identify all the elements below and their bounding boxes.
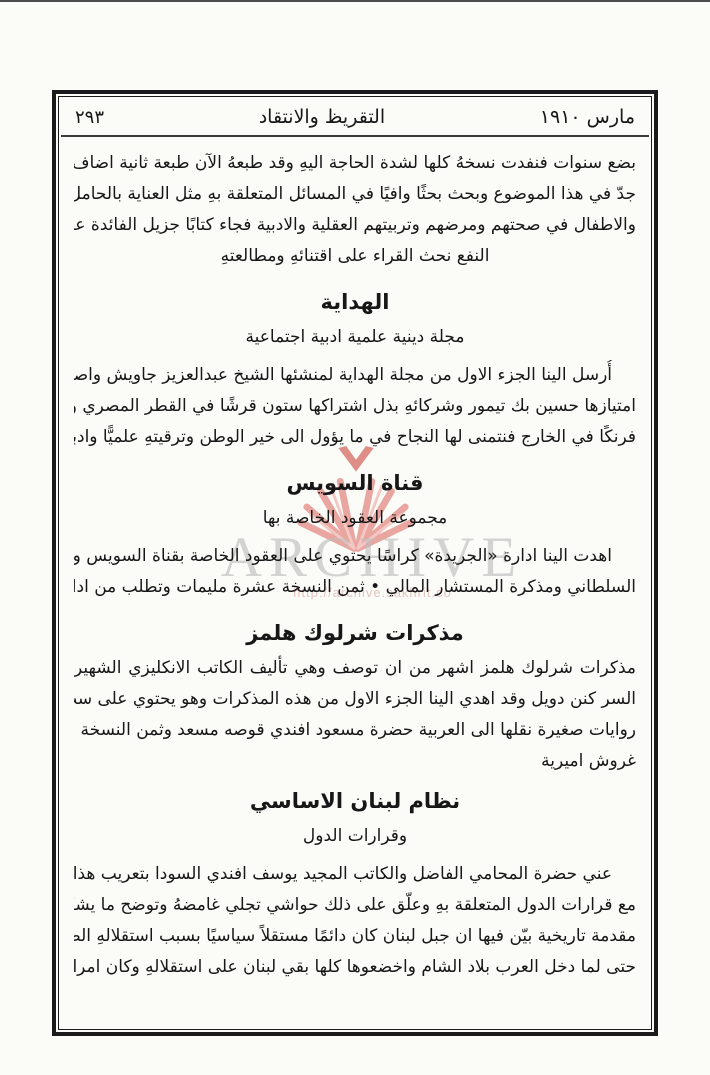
section-heading-sherlock-holmes: مذكرات شرلوك هلمز	[74, 618, 636, 649]
header-section-title: التقريظ والانتقاد	[259, 106, 385, 128]
paragraph-book-review: بضع سنوات فنفدت نسخهُ كلها لشدة الحاجة ا…	[74, 148, 636, 272]
text-line: النفع نحث القراء على اقتنائهِ ومطالعتهِ	[74, 241, 636, 272]
text-line: بضع سنوات فنفدت نسخهُ كلها لشدة الحاجة ا…	[74, 148, 636, 179]
paragraph-sherlock-holmes: مذكرات شرلوك هلمز اشهر من ان توصف وهي تأ…	[74, 653, 636, 777]
text-line: جدّ في هذا الموضوع وبحث بحثًا وافيًا في …	[74, 179, 636, 210]
page-header: مارس ١٩١٠ التقريظ والانتقاد ٢٩٣	[59, 97, 651, 130]
text-line: غروش اميرية	[74, 746, 636, 777]
page-frame: مارس ١٩١٠ التقريظ والانتقاد ٢٩٣ بضع سنوا…	[52, 90, 658, 1036]
text-line: روايات صغيرة نقلها الى العربية حضرة مسعو…	[74, 715, 636, 746]
section-heading-lebanon-statute: نظام لبنان الاساسي	[74, 786, 636, 817]
section-heading-suez-canal: قناة السويس	[74, 468, 636, 499]
text-line: والاطفال في صحتهم ومرضهم وتربيتهم العقلي…	[74, 210, 636, 241]
text-line: أُرسل الينا الجزء الاول من مجلة الهداية …	[74, 360, 636, 391]
section-subheading-lebanon-statute: وقرارات الدول	[74, 821, 636, 852]
scan-edge-artifact	[0, 0, 710, 2]
text-line: فرنكًا في الخارج فنتمنى لها النجاح في ما…	[74, 422, 636, 453]
header-issue-date: مارس ١٩١٠	[540, 106, 635, 128]
text-line: السلطاني ومذكرة المستشار المالي • ثمن ال…	[74, 572, 636, 603]
page-frame-inner: مارس ١٩١٠ التقريظ والانتقاد ٢٩٣ بضع سنوا…	[58, 96, 652, 1030]
text-line: اهدت الينا ادارة «الجريدة» كراسًا يحتوي …	[74, 541, 636, 572]
text-line: امتيازها حسين بك تيمور وشركائهِ بذل اشتر…	[74, 391, 636, 422]
text-line: مع قرارات الدول المتعلقة بهِ وعلّق على ذ…	[74, 890, 636, 921]
text-line: مذكرات شرلوك هلمز اشهر من ان توصف وهي تأ…	[74, 653, 636, 684]
paragraph-suez-canal: اهدت الينا ادارة «الجريدة» كراسًا يحتوي …	[74, 541, 636, 603]
section-subheading-hidaya: مجلة دينية علمية ادبية اجتماعية	[74, 322, 636, 353]
paragraph-hidaya: أُرسل الينا الجزء الاول من مجلة الهداية …	[74, 360, 636, 453]
section-subheading-suez-canal: مجموعة العقود الخاصة بها	[74, 503, 636, 534]
paragraph-lebanon-statute: عني حضرة المحامي الفاضل والكاتب المجيد ي…	[74, 859, 636, 983]
header-page-number: ٢٩٣	[75, 107, 104, 128]
text-line: مقدمة تاريخية بيّن فيها ان جبل لبنان كان…	[74, 921, 636, 952]
scanned-page: { "header": { "date": "مارس ١٩١٠", "titl…	[0, 0, 710, 1075]
page-body: بضع سنوات فنفدت نسخهُ كلها لشدة الحاجة ا…	[59, 137, 651, 983]
text-line: السر كنن دويل وقد اهدي الينا الجزء الاول…	[74, 684, 636, 715]
section-heading-hidaya: الهداية	[74, 287, 636, 318]
text-line: حتى لما دخل العرب بلاد الشام واخضعوها كل…	[74, 952, 636, 983]
text-line: عني حضرة المحامي الفاضل والكاتب المجيد ي…	[74, 859, 636, 890]
